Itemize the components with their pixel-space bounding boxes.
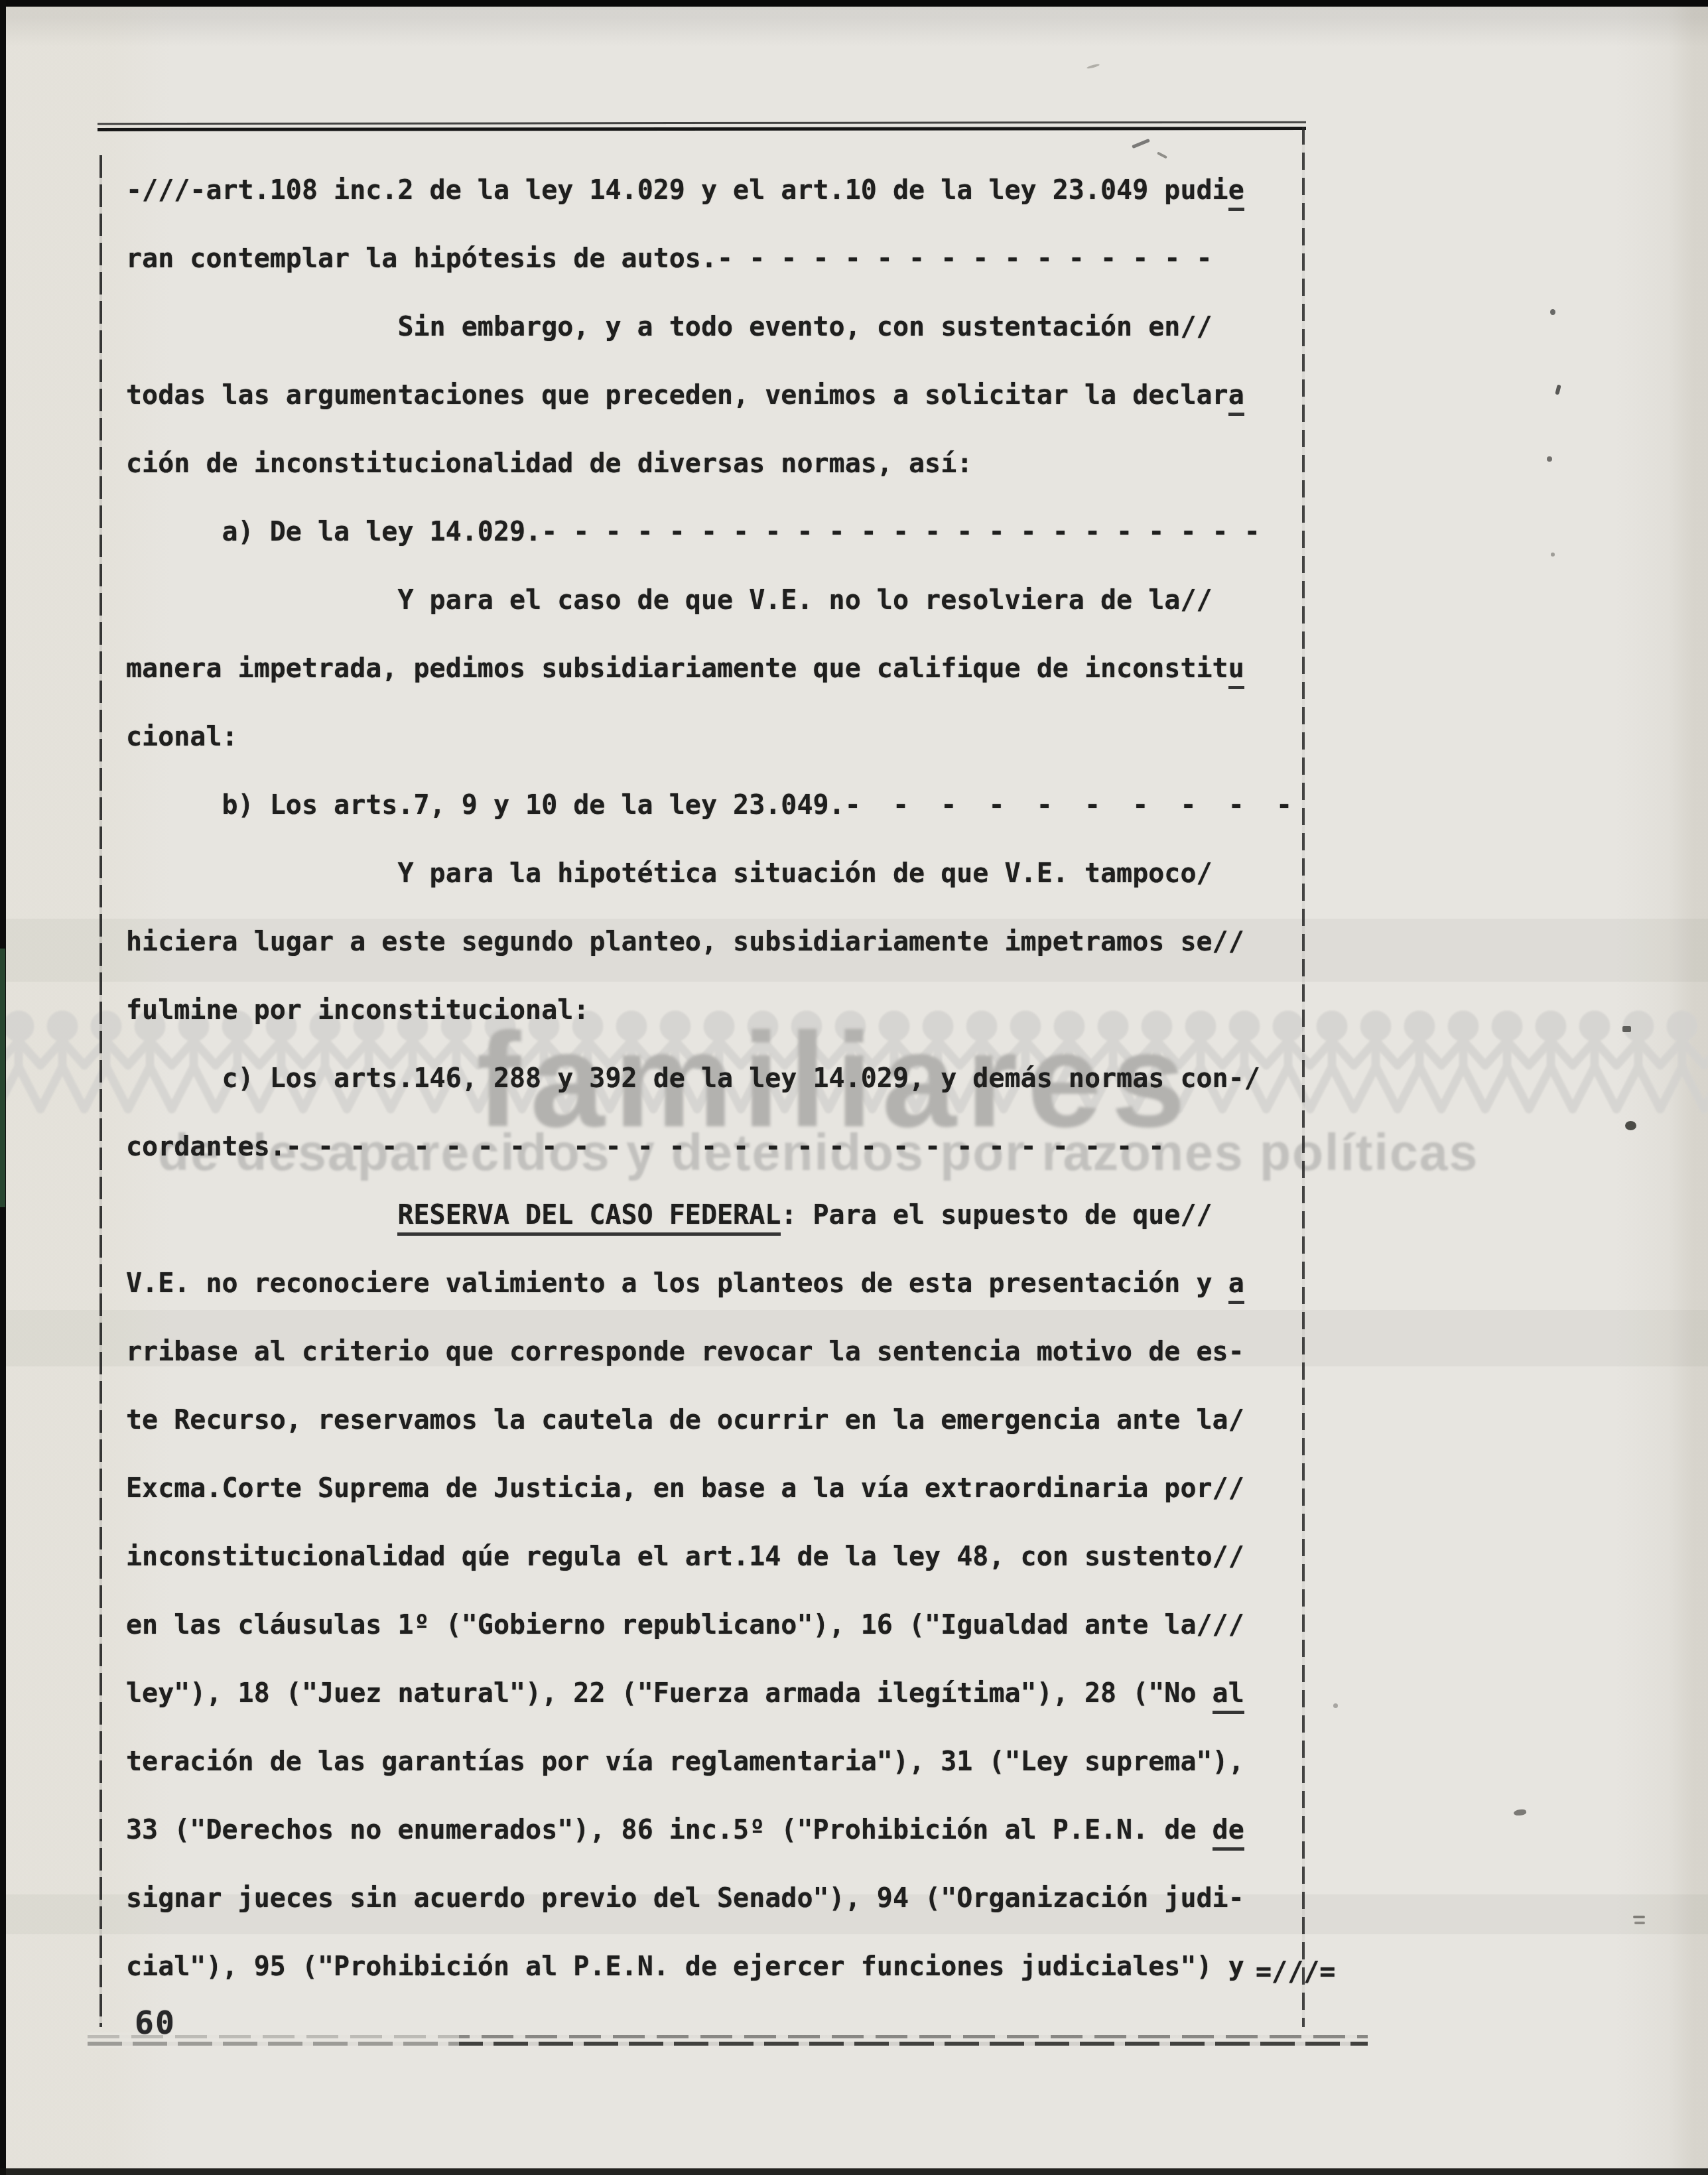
underlined-text-segment: u: [1228, 653, 1244, 689]
text-line: teración de las garantías por vía reglam…: [126, 1728, 1340, 1796]
text-segment: ción de inconstitucionalidad de diversas…: [126, 448, 972, 479]
top-rule-line: [98, 127, 1306, 131]
underlined-text-segment: al: [1213, 1678, 1244, 1714]
page-number: 60: [135, 2005, 176, 2042]
text-line: Y para el caso de que V.E. no lo resolvi…: [126, 566, 1340, 635]
ink-speck: [1633, 1916, 1645, 1918]
text-segment: hiciera lugar a este segundo planteo, su…: [126, 927, 1244, 957]
ink-speck: [1132, 139, 1150, 149]
text-line: manera impetrada, pedimos subsidiariamen…: [126, 635, 1340, 703]
scan-edge-bottom: [0, 2168, 1708, 2175]
top-rule-line: [98, 121, 1306, 125]
left-margin-rule: [99, 155, 102, 2027]
text-segment: te Recurso, reservamos la cautela de ocu…: [126, 1405, 1244, 1435]
text-line: ción de inconstitucionalidad de diversas…: [126, 430, 1340, 498]
text-segment: signar jueces sin acuerdo previo del Sen…: [126, 1883, 1244, 1914]
text-line: 33 ("Derechos no enumerados"), 86 inc.5º…: [126, 1796, 1340, 1865]
text-segment: Excma.Corte Suprema de Justicia, en base…: [126, 1473, 1244, 1504]
text-segment: b) Los arts.7, 9 y 10 de la ley 23.049.-…: [222, 790, 1292, 821]
underlined-text-segment: RESERVA DEL CASO FEDERAL: [397, 1200, 781, 1236]
text-segment: cial"), 95 ("Prohibición al P.E.N. de ej…: [126, 1951, 1244, 1982]
underlined-text-segment: a: [1228, 1268, 1244, 1304]
text-line: cional:: [126, 703, 1340, 771]
scanned-document-page: { "watermark": { "title": "familiares", …: [0, 0, 1708, 2175]
text-line: todas las argumentaciones que preceden, …: [126, 362, 1340, 430]
text-segment: c) Los arts.146, 288 y 392 de la ley 14.…: [222, 1063, 1260, 1094]
text-segment: cordantes.- - - - - - - - - - - - - - - …: [126, 1132, 1164, 1162]
text-line: hiciera lugar a este segundo planteo, su…: [126, 908, 1340, 976]
text-line: cordantes.- - - - - - - - - - - - - - - …: [126, 1113, 1340, 1181]
text-segment: a) De la ley 14.029.- - - - - - - - - - …: [222, 517, 1260, 547]
text-line: rribase al criterio que corresponde revo…: [126, 1318, 1340, 1386]
text-segment: 33 ("Derechos no enumerados"), 86 inc.5º…: [126, 1815, 1213, 1845]
text-segment: Sin embargo, y a todo evento, con susten…: [397, 312, 1212, 342]
text-line: signar jueces sin acuerdo previo del Sen…: [126, 1865, 1340, 1933]
text-segment: Y para el caso de que V.E. no lo resolvi…: [397, 585, 1212, 616]
text-line: ran contemplar la hipótesis de autos.- -…: [126, 225, 1340, 293]
text-segment: V.E. no reconociere valimiento a los pla…: [126, 1268, 1228, 1299]
text-segment: : Para el supuesto de que//: [781, 1200, 1212, 1230]
text-segment: teración de las garantías por vía reglam…: [126, 1747, 1244, 1777]
ink-speck: [1513, 1808, 1526, 1816]
ink-speck: [1551, 553, 1555, 557]
text-segment: todas las argumentaciones que preceden, …: [126, 380, 1228, 411]
ink-speck: [1555, 384, 1561, 395]
text-segment: manera impetrada, pedimos subsidiariamen…: [126, 653, 1228, 684]
text-line: b) Los arts.7, 9 y 10 de la ley 23.049.-…: [126, 771, 1340, 840]
text-line: ley"), 18 ("Juez natural"), 22 ("Fuerza …: [126, 1660, 1340, 1728]
text-line: RESERVA DEL CASO FEDERAL: Para el supues…: [126, 1181, 1340, 1250]
text-line: fulmine por inconstitucional:: [126, 976, 1340, 1045]
text-segment: inconstitucionalidad qúe regula el art.1…: [126, 1542, 1244, 1572]
ink-speck: [1622, 1026, 1631, 1032]
text-segment: -///-art.108 inc.2 de la ley 14.029 y el…: [126, 175, 1228, 206]
continuation-mark: =///=: [1256, 1938, 1335, 2007]
text-line: Y para la hipotética situación de que V.…: [126, 840, 1340, 908]
text-line: V.E. no reconociere valimiento a los pla…: [126, 1250, 1340, 1318]
text-line: -///-art.108 inc.2 de la ley 14.029 y el…: [126, 157, 1340, 225]
text-segment: fulmine por inconstitucional:: [126, 995, 589, 1025]
ink-speck: [1625, 1121, 1636, 1130]
text-segment: cional:: [126, 722, 238, 752]
scan-edge-top: [0, 0, 1708, 7]
text-line: cial"), 95 ("Prohibición al P.E.N. de ej…: [126, 1933, 1340, 2001]
underlined-text-segment: de: [1213, 1815, 1244, 1851]
ink-speck: [1333, 1703, 1338, 1708]
text-line: a) De la ley 14.029.- - - - - - - - - - …: [126, 498, 1340, 566]
document-text: -///-art.108 inc.2 de la ley 14.029 y el…: [126, 157, 1340, 2001]
underlined-text-segment: e: [1228, 175, 1244, 211]
text-segment: rribase al criterio que corresponde revo…: [126, 1337, 1244, 1367]
underlined-text-segment: a: [1228, 380, 1244, 416]
text-segment: en las cláusulas 1º ("Gobierno republica…: [126, 1610, 1244, 1640]
text-line: Sin embargo, y a todo evento, con susten…: [126, 293, 1340, 362]
ink-speck: [1634, 1922, 1645, 1924]
text-line: Excma.Corte Suprema de Justicia, en base…: [126, 1455, 1340, 1523]
scan-edge-left-tint: [0, 949, 5, 1207]
ink-speck: [1086, 63, 1100, 69]
text-line: te Recurso, reservamos la cautela de ocu…: [126, 1386, 1340, 1455]
text-segment: Y para la hipotética situación de que V.…: [397, 858, 1212, 889]
text-segment: ran contemplar la hipótesis de autos.- -…: [126, 243, 1213, 274]
text-segment: ley"), 18 ("Juez natural"), 22 ("Fuerza …: [126, 1678, 1213, 1709]
text-line: en las cláusulas 1º ("Gobierno republica…: [126, 1591, 1340, 1660]
text-line: c) Los arts.146, 288 y 392 de la ley 14.…: [126, 1045, 1340, 1113]
ink-speck: [1550, 309, 1555, 315]
text-line: inconstitucionalidad qúe regula el art.1…: [126, 1523, 1340, 1591]
ink-speck: [1547, 456, 1552, 462]
